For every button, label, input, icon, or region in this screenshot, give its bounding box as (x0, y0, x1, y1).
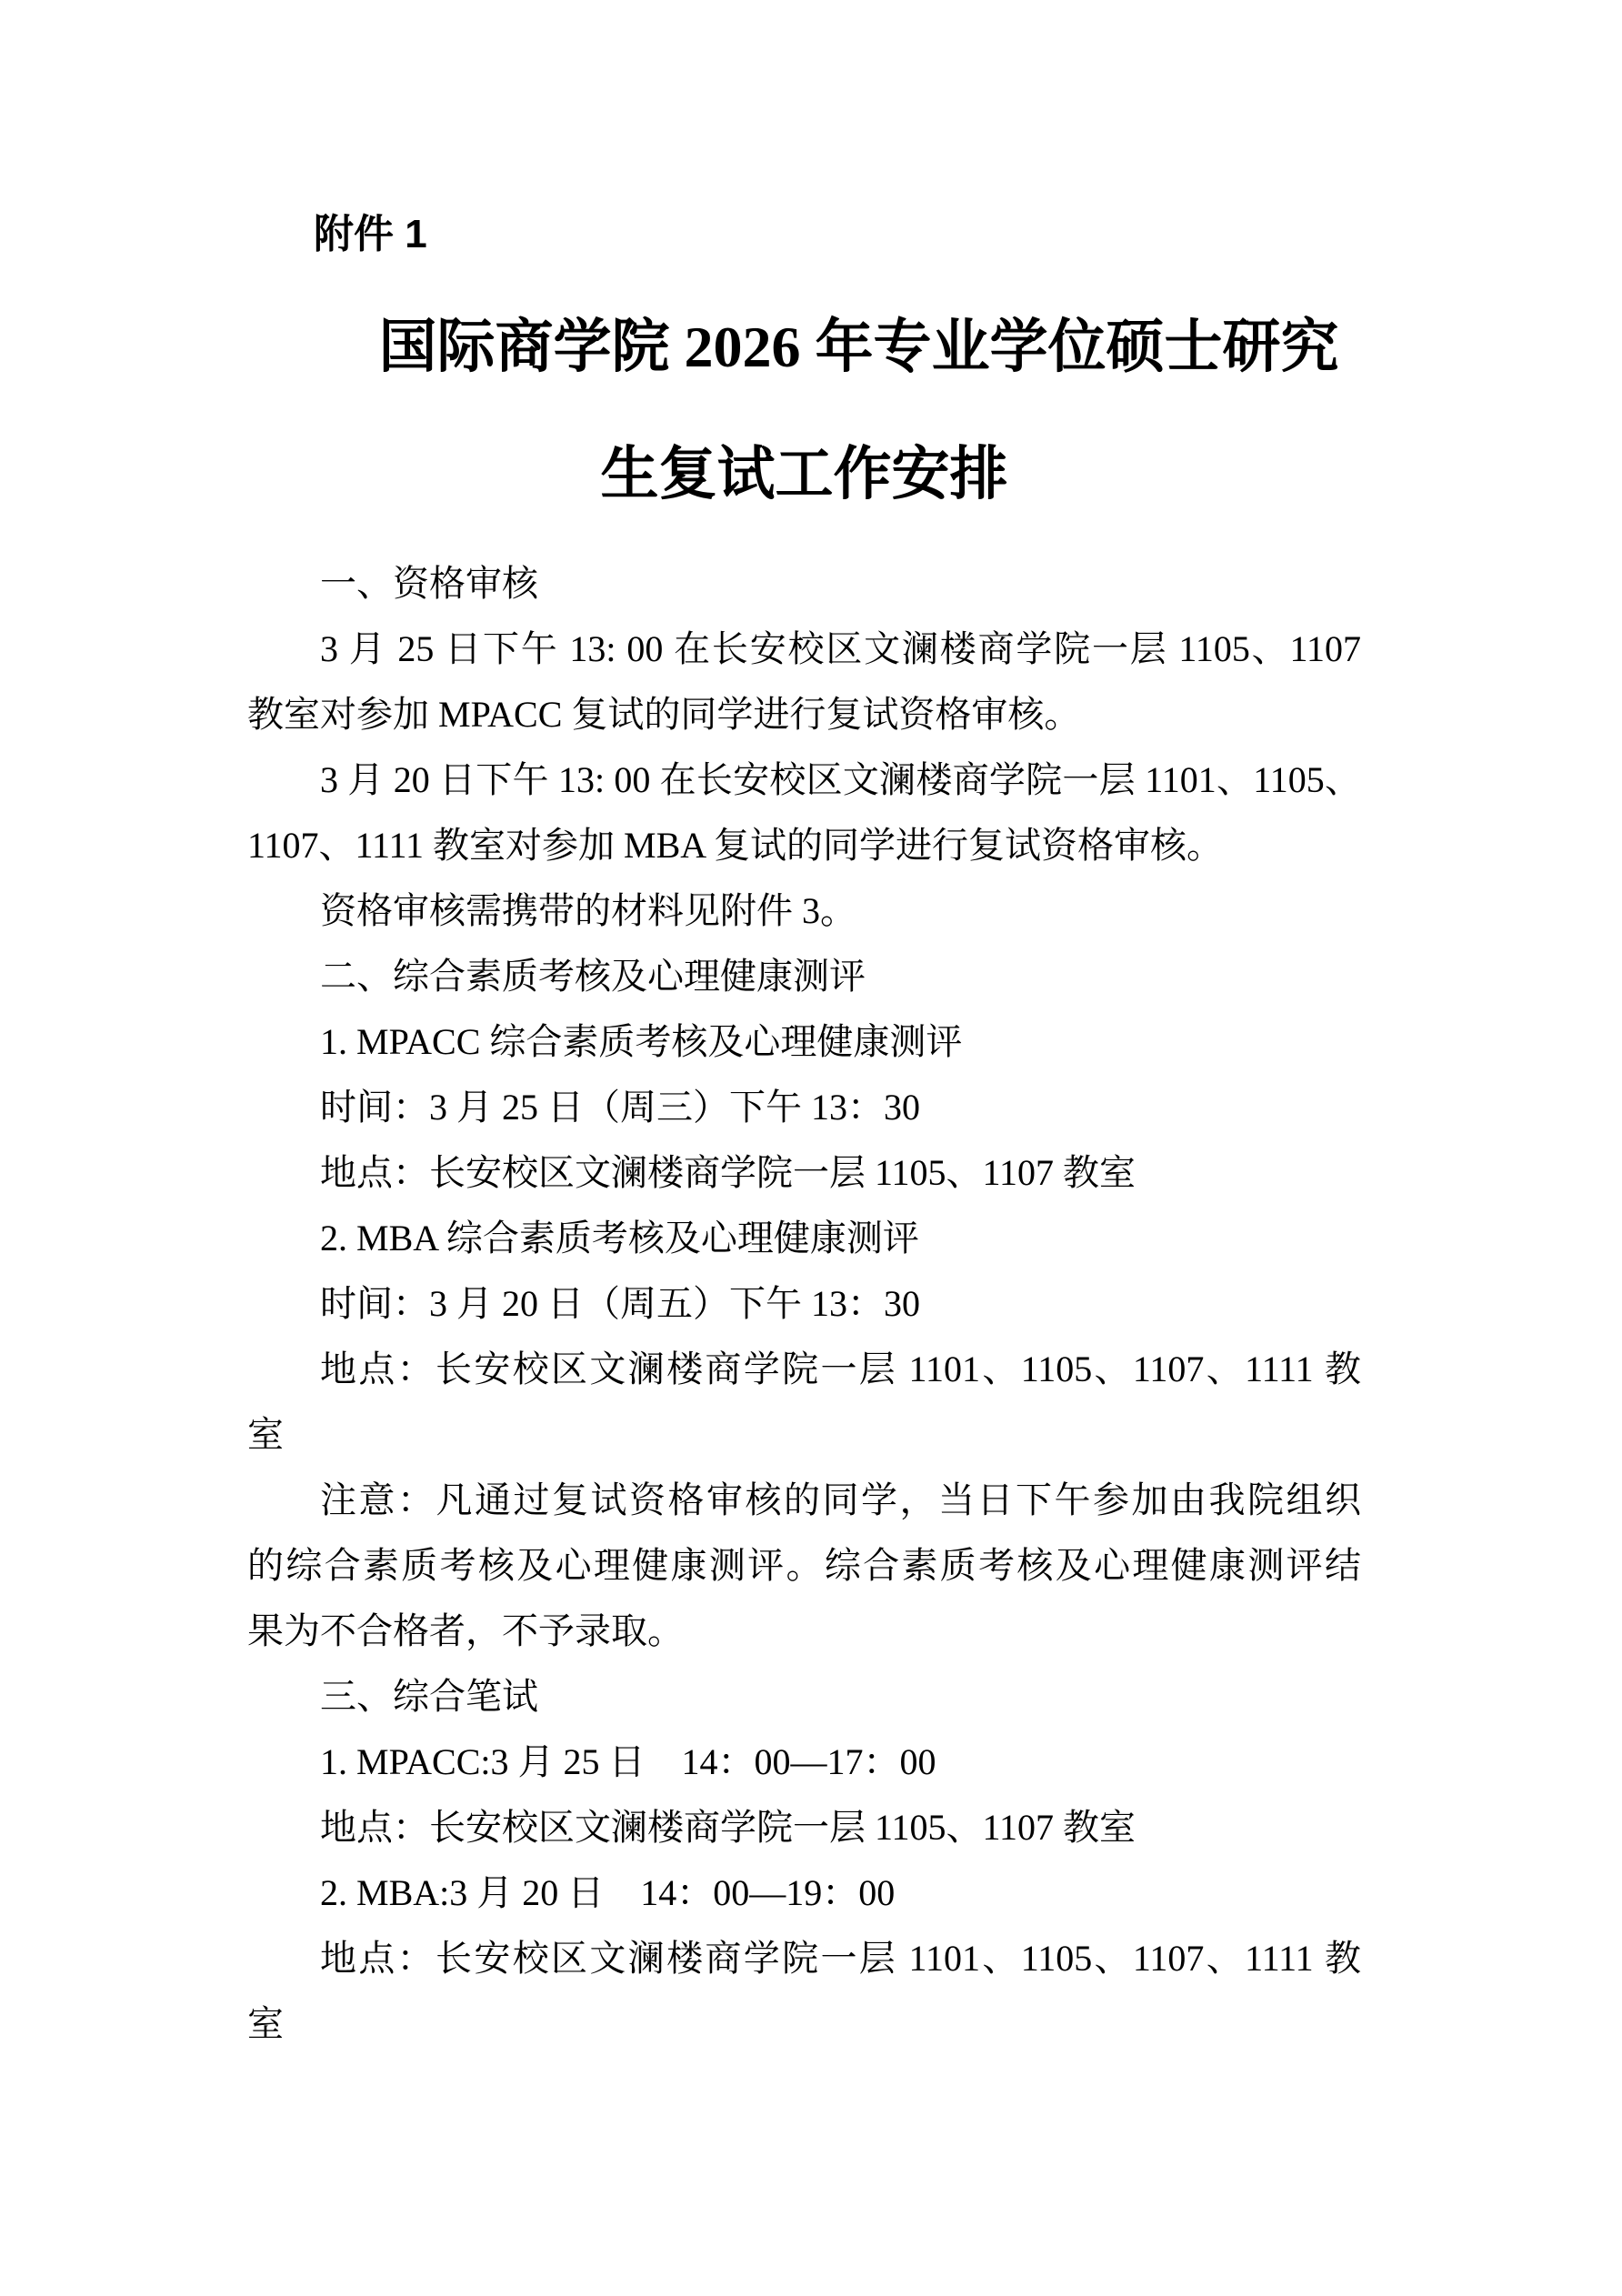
title-line: 生复试工作安排 (247, 411, 1361, 538)
document-line: 时间：3 月 20 日（周五）下午 13：30 (247, 1271, 1361, 1337)
document-line: 时间：3 月 25 日（周三）下午 13：30 (247, 1075, 1361, 1140)
document-line: 注意：凡通过复试资格审核的同学，当日下午参加由我院组织 (247, 1468, 1361, 1533)
document-line: 的综合素质考核及心理健康测评。综合素质考核及心理健康测评结 (247, 1533, 1361, 1599)
section-heading: 三、综合笔试 (247, 1664, 1361, 1730)
document-line: 地点：长安校区文澜楼商学院一层 1105、1107 教室 (247, 1140, 1361, 1206)
document-line: 3 月 20 日下午 13: 00 在长安校区文澜楼商学院一层 1101、110… (247, 747, 1361, 813)
document-line: 1. MPACC 综合素质考核及心理健康测评 (247, 1009, 1361, 1075)
document-line: 2. MBA 综合素质考核及心理健康测评 (247, 1206, 1361, 1271)
document-line: 3 月 25 日下午 13: 00 在长安校区文澜楼商学院一层 1105、110… (247, 617, 1361, 682)
attachment-label: 附件 1 (314, 207, 427, 262)
document-line: 室 (247, 1402, 1361, 1468)
document-line: 1107、1111 教室对参加 MBA 复试的同学进行复试资格审核。 (247, 813, 1361, 878)
document-line: 资格审核需携带的材料见附件 3。 (247, 878, 1361, 944)
document-title: 国际商学院 2026 年专业学位硕士研究生复试工作安排 (247, 284, 1361, 538)
document-line: 室 (247, 1991, 1361, 2057)
document-line: 地点：长安校区文澜楼商学院一层 1101、1105、1107、1111 教 (247, 1926, 1361, 1991)
document-line: 1. MPACC:3 月 25 日 14：00—17：00 (247, 1730, 1361, 1795)
section-heading: 一、资格审核 (247, 551, 1361, 617)
document-line: 果为不合格者，不予录取。 (247, 1599, 1361, 1664)
document-line: 2. MBA:3 月 20 日 14：00—19：00 (247, 1860, 1361, 1926)
title-line: 国际商学院 2026 年专业学位硕士研究 (247, 284, 1361, 411)
document-line: 地点：长安校区文澜楼商学院一层 1101、1105、1107、1111 教 (247, 1337, 1361, 1402)
document-body: 一、资格审核3 月 25 日下午 13: 00 在长安校区文澜楼商学院一层 11… (247, 551, 1361, 2057)
document-line: 地点：长安校区文澜楼商学院一层 1105、1107 教室 (247, 1795, 1361, 1860)
section-heading: 二、综合素质考核及心理健康测评 (247, 944, 1361, 1009)
document-page: 附件 1 国际商学院 2026 年专业学位硕士研究生复试工作安排 一、资格审核3… (0, 0, 1622, 2296)
document-line: 教室对参加 MPACC 复试的同学进行复试资格审核。 (247, 682, 1361, 747)
